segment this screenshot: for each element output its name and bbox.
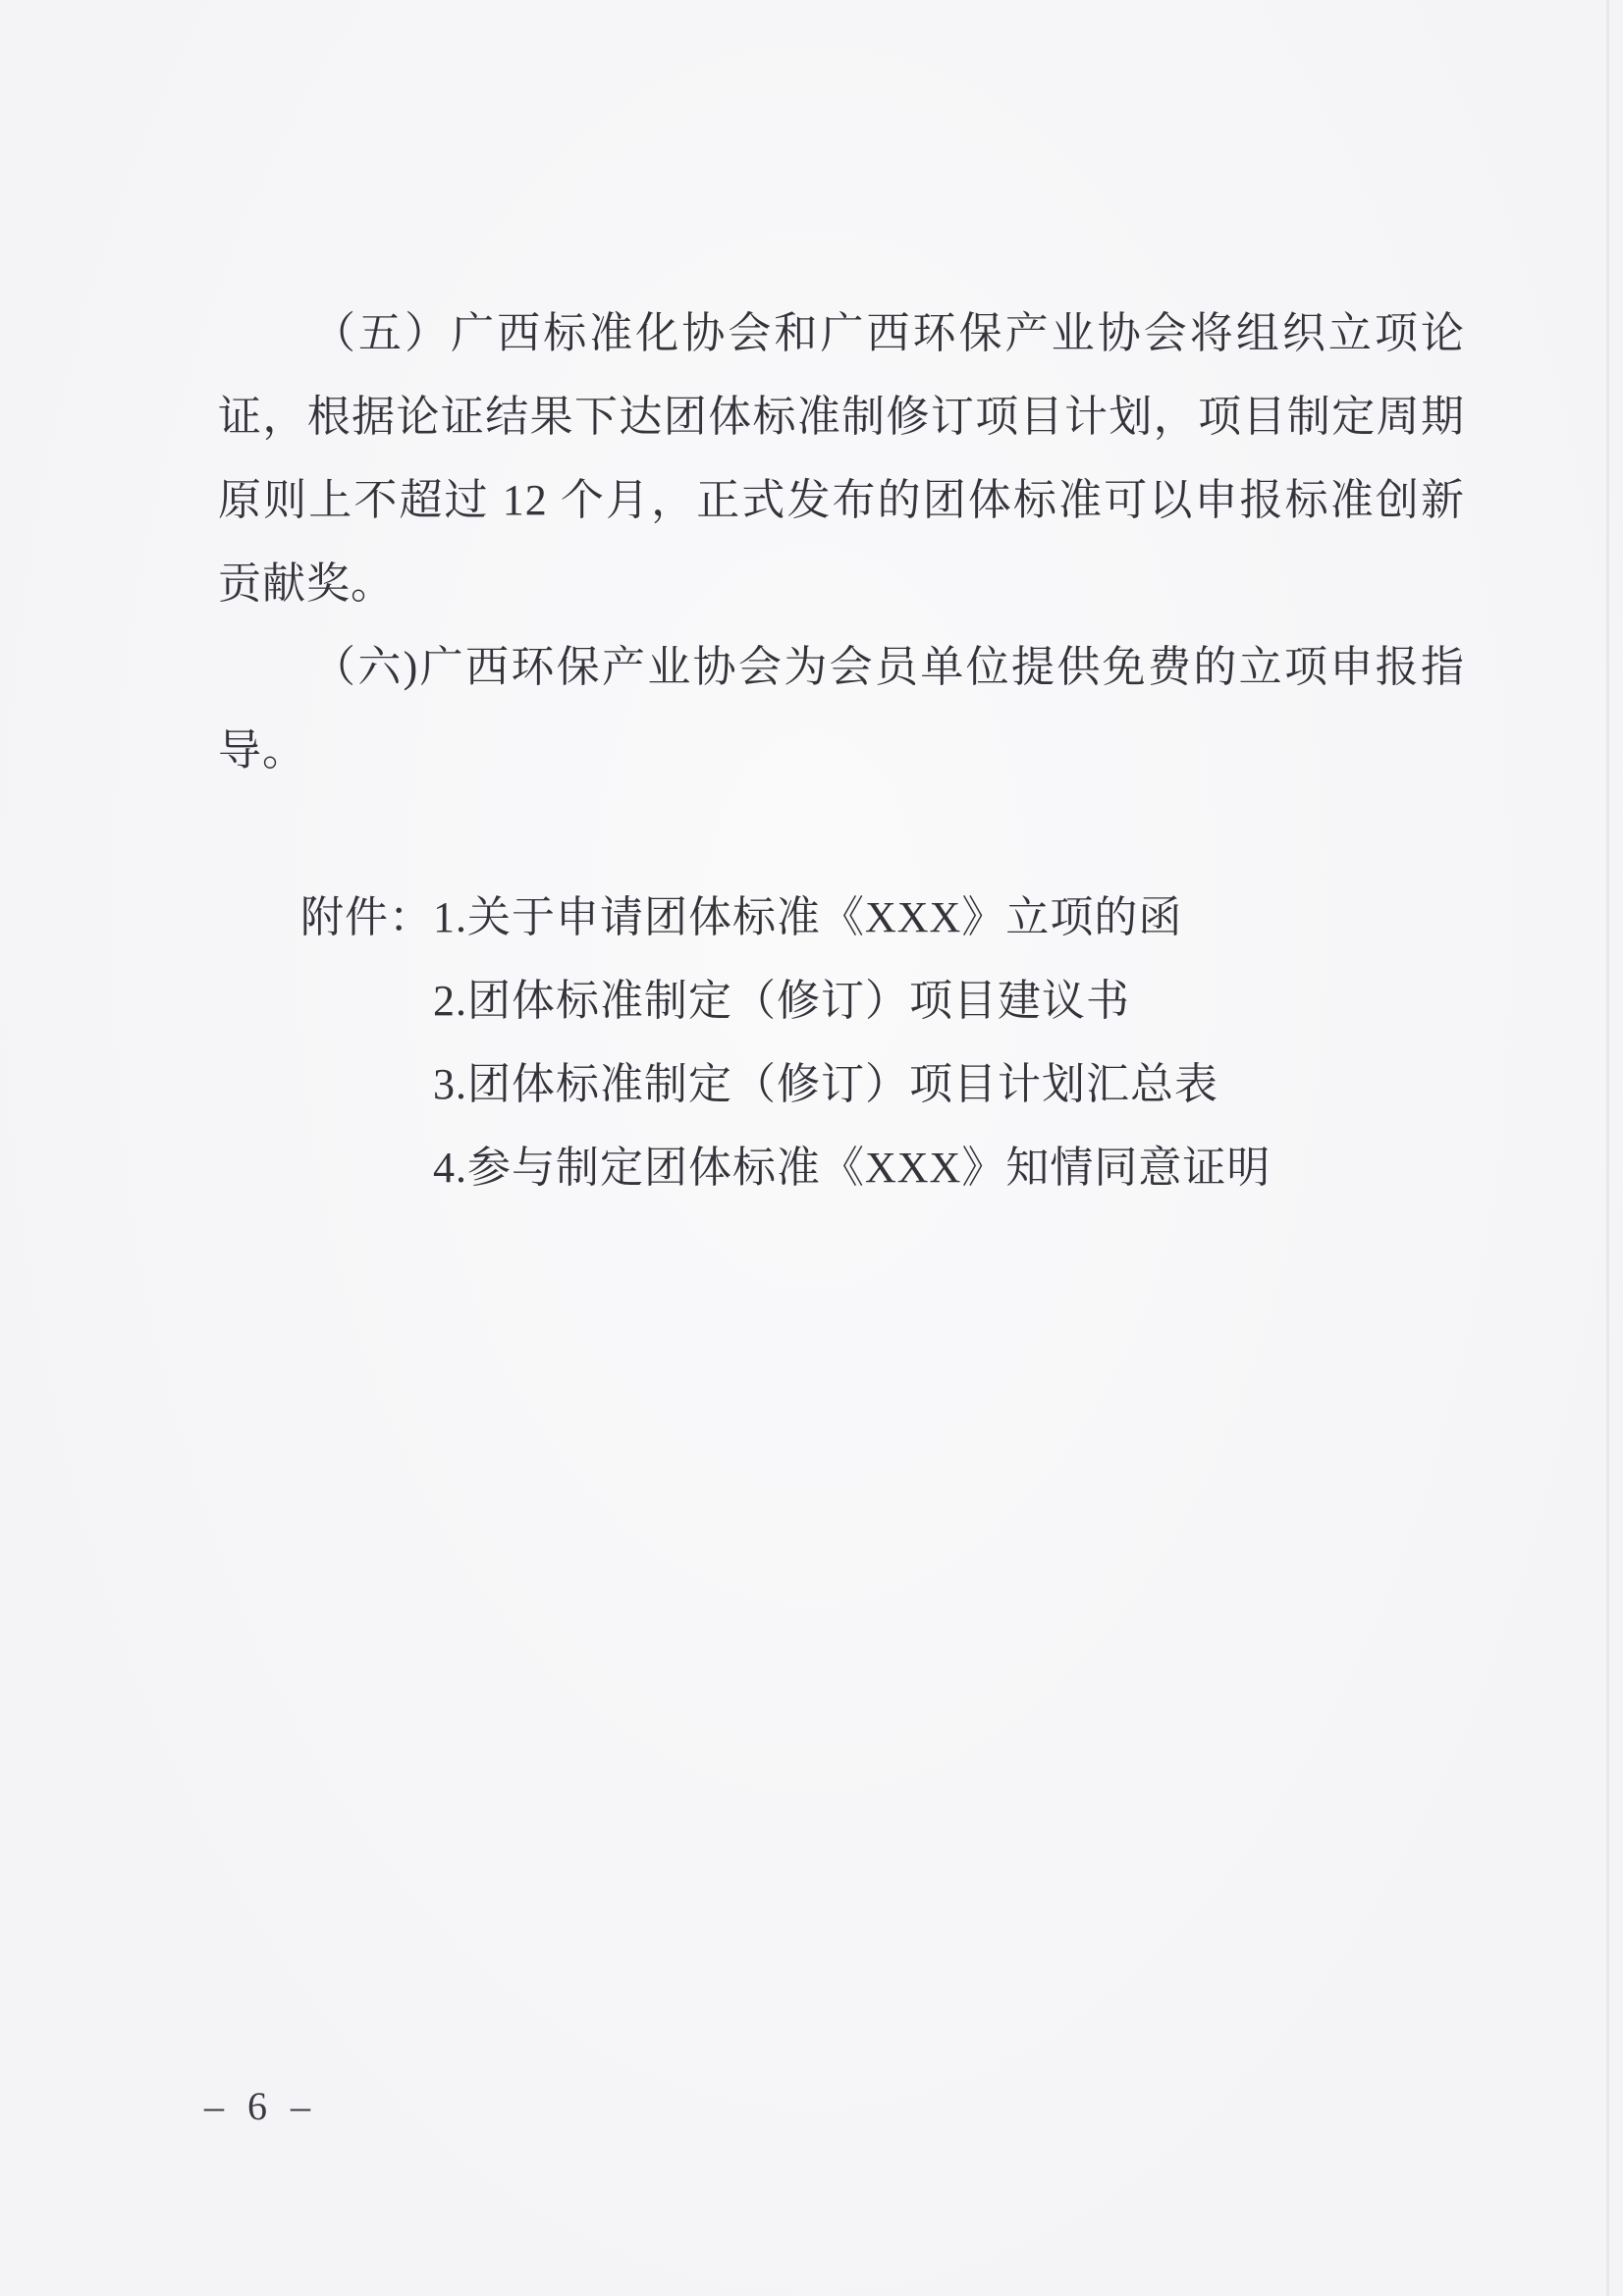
- page-number: – 6 –: [204, 2083, 312, 2130]
- attachment-item-2: 2.团体标准制定（修订）项目建议书: [433, 959, 1465, 1042]
- paragraph-item-6: （六)广西环保产业协会为会员单位提供免费的立项申报指导。: [218, 625, 1465, 792]
- attachment-item-4: 4.参与制定团体标准《XXX》知情同意证明: [433, 1126, 1465, 1209]
- attachments-label: 附件：: [300, 876, 433, 959]
- scan-edge-artifact: [1606, 0, 1609, 2296]
- attachments-block: 附件： 1.关于申请团体标准《XXX》立项的函 2.团体标准制定（修订）项目建议…: [300, 876, 1465, 1209]
- attachment-item-1: 1.关于申请团体标准《XXX》立项的函: [433, 876, 1465, 959]
- attachments-list: 1.关于申请团体标准《XXX》立项的函 2.团体标准制定（修订）项目建议书 3.…: [433, 876, 1465, 1209]
- scanned-document-page: （五）广西标准化协会和广西环保产业协会将组织立项论证，根据论证结果下达团体标准制…: [0, 0, 1623, 2296]
- attachment-item-3: 3.团体标准制定（修订）项目计划汇总表: [433, 1042, 1465, 1126]
- document-body: （五）广西标准化协会和广西环保产业协会将组织立项论证，根据论证结果下达团体标准制…: [218, 292, 1465, 1209]
- paragraph-item-5: （五）广西标准化协会和广西环保产业协会将组织立项论证，根据论证结果下达团体标准制…: [218, 292, 1465, 625]
